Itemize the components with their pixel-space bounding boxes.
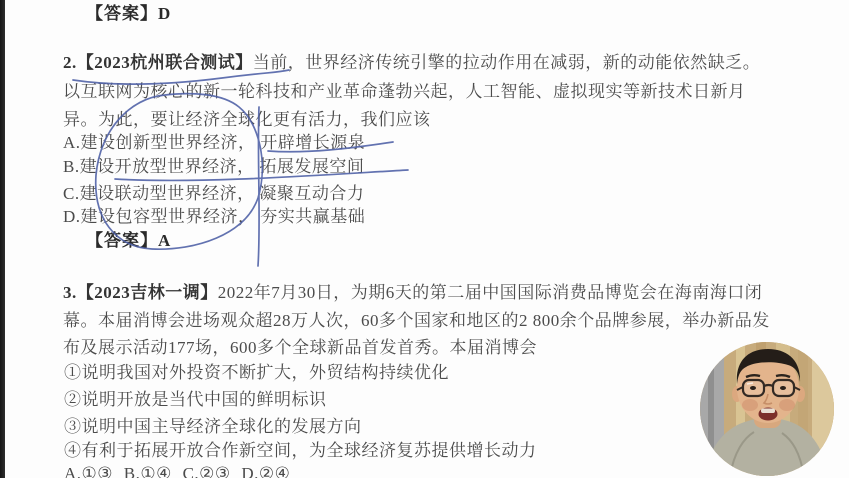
eye — [750, 386, 756, 390]
q3-line-1-text: 2022年7月30日，为期6天的第二届中国国际消费品博览会在海南海口闭 — [218, 283, 763, 302]
q3-item-1: ①说明我国对外投资不断扩大，外贸结构持续优化 — [64, 363, 449, 383]
q3-item-3: ③说明中国主导经济全球化的发展方向 — [64, 417, 362, 437]
cheek — [742, 399, 758, 411]
video-frame: 【答案】D 2.【2023杭州联合测试】当前，世界经济传统引擎的拉动作用在减弱，… — [0, 0, 849, 478]
left-edge-bar — [0, 0, 5, 478]
q2-line-1-text: 当前，世界经济传统引擎的拉动作用在减弱，新的动能依然缺乏。 — [253, 53, 761, 72]
q2-line-2: 以互联网为核心的新一轮科技和产业革命蓬勃兴起，人工智能、虚拟现实等新技术日新月 — [63, 82, 746, 102]
q3-item-2: ②说明开放是当代中国的鲜明标识 — [64, 390, 327, 410]
q3-item-4: ④有利于拓展开放合作新空间，为全球经济复苏提供增长动力 — [64, 441, 537, 461]
q3-source-tag: 3.【2023吉林一调】 — [63, 283, 218, 302]
curtain-fold-light — [812, 342, 834, 476]
q2-line-3: 异。为此，要让经济全球化更有活力，我们应该 — [63, 110, 431, 130]
cheek — [779, 399, 795, 411]
webcam-overlay — [700, 342, 834, 476]
eye — [780, 386, 786, 390]
teeth — [761, 409, 775, 414]
q2-line-1: 2.【2023杭州联合测试】当前，世界经济传统引擎的拉动作用在减弱，新的动能依然… — [63, 53, 760, 73]
answer-line-q1: 【答案】D — [86, 4, 171, 24]
curtain-grey-fold — [708, 342, 714, 476]
glasses-glint — [747, 383, 753, 384]
q3-line-3: 布及展示活动177场，600多个全球新品首发首秀。本届消博会 — [63, 338, 537, 358]
answer-line-q2: 【答案】A — [86, 231, 171, 251]
q3-line-1: 3.【2023吉林一调】2022年7月30日，为期6天的第二届中国国际消费品博览… — [63, 283, 762, 303]
q2-option-b: B.建设开放型世界经济， 拓展发展空间 — [63, 157, 364, 177]
q2-option-a: A.建设创新型世界经济， 开辟增长源泉 — [63, 133, 365, 153]
q3-choices-line: A.①③ B.①④ C.②③ D.②④ — [64, 464, 290, 478]
q3-line-2: 幕。本届消博会进场观众超28万人次，60多个国家和地区的2 800余个品牌参展，… — [63, 311, 770, 331]
q2-option-c: C.建设联动型世界经济， 凝聚互动合力 — [63, 184, 364, 204]
q2-option-d: D.建设包容型世界经济， 夯实共赢基础 — [63, 207, 365, 227]
q2-source-tag: 2.【2023杭州联合测试】 — [63, 53, 253, 72]
